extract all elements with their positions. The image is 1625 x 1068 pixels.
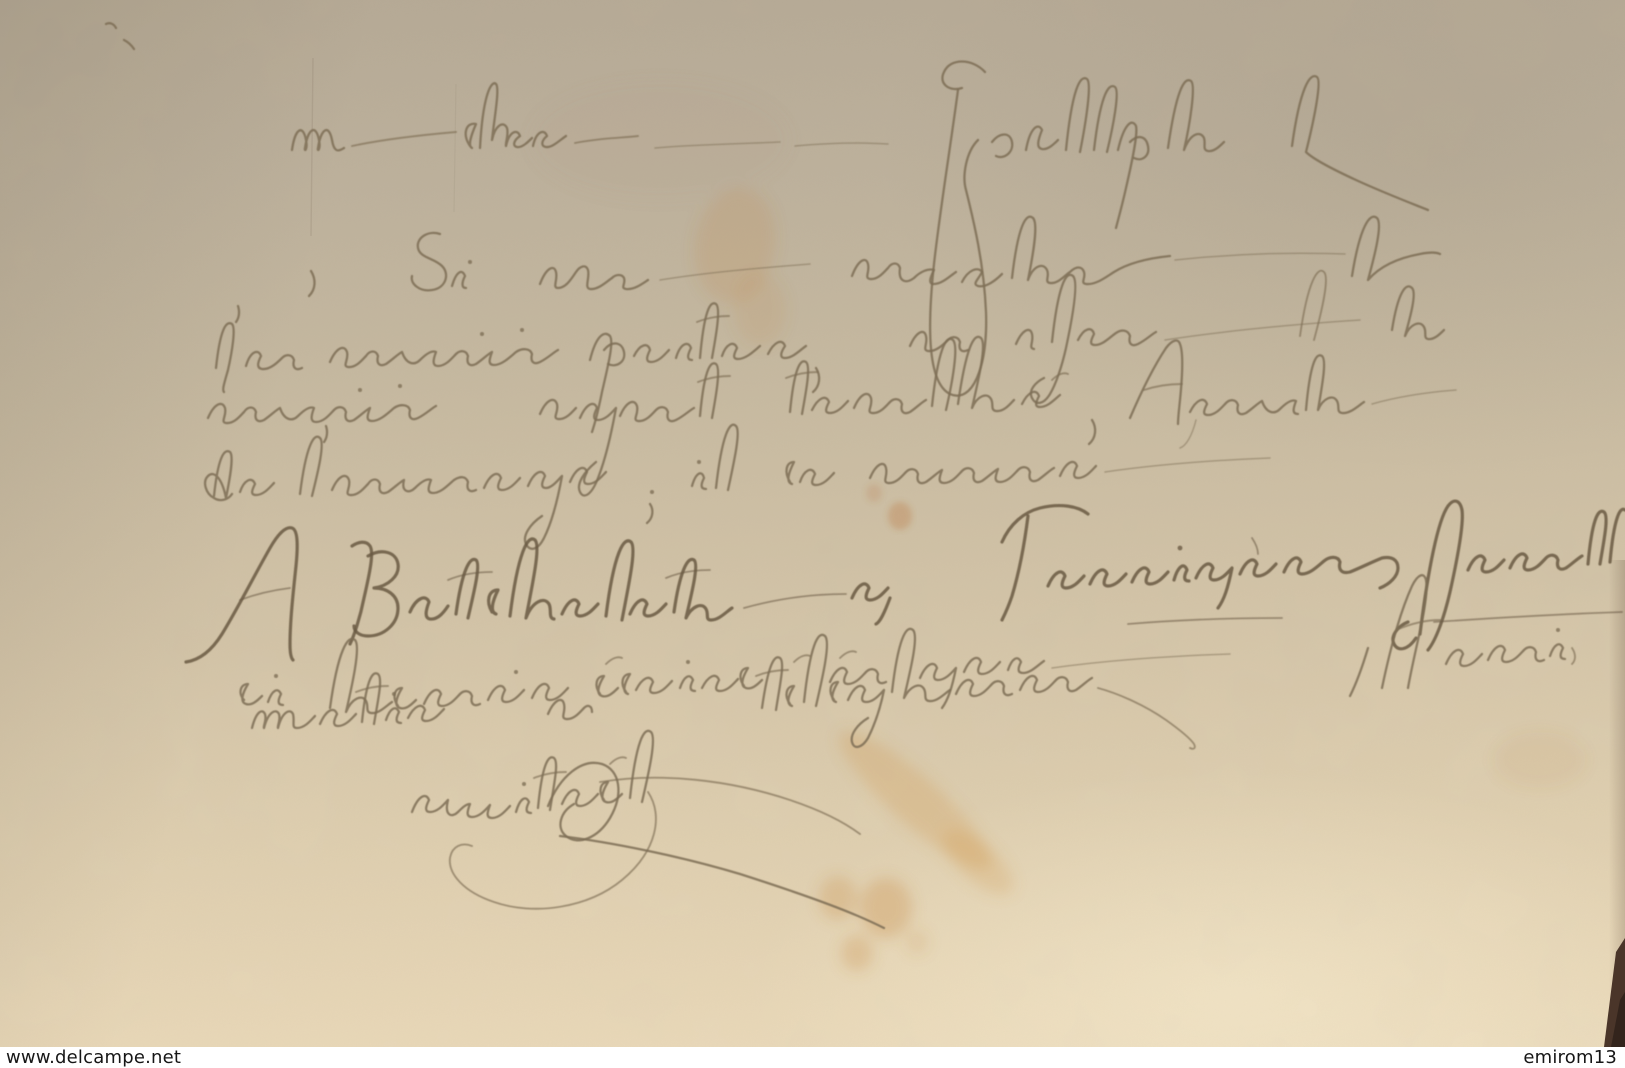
letter-photo: www.delcampe.net emirom13 [0,0,1625,1068]
paper-texture [0,0,1625,1068]
watermark-bar: www.delcampe.net emirom13 [0,1047,1625,1068]
seller-watermark: emirom13 [1523,1047,1617,1068]
delcampe-watermark: www.delcampe.net [6,1047,181,1068]
handwriting-layer [0,0,1625,1068]
